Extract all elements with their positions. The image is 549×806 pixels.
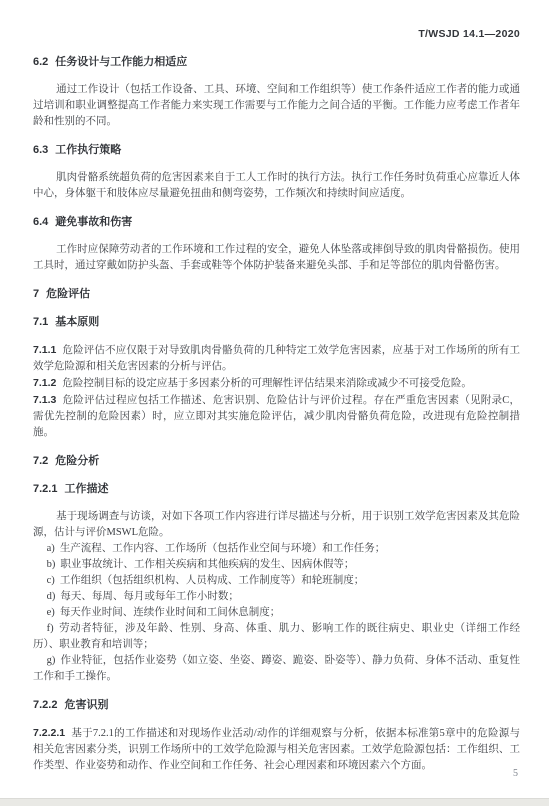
clause-number: 7.1.3 — [33, 394, 56, 406]
section-heading-7-2-2: 7.2.2危害识别 — [33, 697, 520, 713]
list-item-e: e)每天作业时间、连续作业时间和工间休息制度； — [33, 605, 520, 621]
list-item-text: 生产流程、工作内容、工作场所（包括作业空间与环境）和工作任务； — [60, 543, 386, 554]
list-item-text: 作业特征，包括作业姿势（如立姿、坐姿、蹲姿、跪姿、卧姿等）、静力负荷、身体不活动… — [33, 655, 520, 682]
section-number: 7 — [33, 288, 39, 300]
clause-text: 危险控制目标的设定应基于多因素分析的可理解性评估结果来消除或减少不可接受危险。 — [62, 378, 472, 389]
clause-text: 基于7.2.1的工作描述和对现场作业活动/动作的详细观察与分析，依据本标准第5章… — [33, 728, 520, 771]
section-number: 7.2.1 — [33, 483, 57, 495]
section-number: 7.2.2 — [33, 699, 57, 711]
section-title: 危险评估 — [46, 288, 90, 300]
list-item-a: a)生产流程、工作内容、工作场所（包括作业空间与环境）和工作任务； — [33, 541, 520, 557]
list-item-label: f) — [47, 623, 54, 634]
section-number: 7.1 — [33, 316, 48, 328]
section-heading-7-2-1: 7.2.1工作描述 — [33, 481, 520, 497]
section-heading-6-3: 6.3工作执行策略 — [33, 142, 520, 158]
section-heading-6-2: 6.2任务设计与工作能力相适应 — [33, 54, 520, 70]
clause-text: 危险评估不应仅限于对导致肌肉骨骼负荷的几种特定工效学危害因素，应基于对工作场所的… — [33, 345, 520, 372]
list-item-label: b) — [47, 559, 56, 570]
clause-text: 危险评估过程应包括工作描述、危害识别、危险估计与评价过程。存在严重危害因素（见附… — [33, 395, 520, 438]
section-number: 6.4 — [33, 216, 48, 228]
section-heading-7-1: 7.1基本原则 — [33, 314, 520, 330]
list-item-g: g)作业特征，包括作业姿势（如立姿、坐姿、蹲姿、跪姿、卧姿等）、静力负荷、身体不… — [33, 653, 520, 685]
paragraph: 通过工作设计（包括工作设备、工具、环境、空间和工作组织等）使工作条件适应工作者的… — [33, 82, 520, 130]
section-title: 危害识别 — [64, 699, 108, 711]
list-item-text: 劳动者特征，涉及年龄、性别、身高、体重、肌力、影响工作的既往病史、职业史（详细工… — [33, 623, 520, 650]
list-item-f: f)劳动者特征，涉及年龄、性别、身高、体重、肌力、影响工作的既往病史、职业史（详… — [33, 621, 520, 653]
clause-number: 7.2.2.1 — [33, 727, 65, 739]
paragraph: 基于现场调查与访谈，对如下各项工作内容进行详尽描述与分析，用于识别工效学危害因素… — [33, 509, 520, 541]
section-title: 工作执行策略 — [55, 144, 121, 156]
section-title: 工作描述 — [64, 483, 108, 495]
clause-7-1-3: 7.1.3危险评估过程应包括工作描述、危害识别、危险估计与评价过程。存在严重危害… — [33, 392, 520, 441]
list-item-b: b)职业事故统计、工作相关疾病和其他疾病的发生、因病休假等； — [33, 557, 520, 573]
clause-7-2-2-1: 7.2.2.1基于7.2.1的工作描述和对现场作业活动/动作的详细观察与分析，依… — [33, 725, 520, 774]
clause-number: 7.1.2 — [33, 377, 56, 389]
section-number: 7.2 — [33, 455, 48, 467]
chapter-heading-7: 7危险评估 — [33, 286, 520, 302]
list-item-label: d) — [47, 591, 56, 602]
section-heading-6-4: 6.4避免事故和伤害 — [33, 214, 520, 230]
clause-7-1-2: 7.1.2危险控制目标的设定应基于多因素分析的可理解性评估结果来消除或减少不可接… — [33, 375, 520, 392]
list-item-label: e) — [47, 607, 55, 618]
section-number: 6.2 — [33, 56, 48, 68]
page-number: 5 — [513, 766, 518, 782]
clause-number: 7.1.1 — [33, 344, 56, 356]
section-title: 任务设计与工作能力相适应 — [55, 56, 187, 68]
paragraph: 肌肉骨骼系统超负荷的危害因素来自于工人工作时的执行方法。执行工作任务时负荷重心应… — [33, 170, 520, 202]
paragraph: 工作时应保障劳动者的工作环境和工作过程的安全，避免人体坠落或摔倒导致的肌肉骨骼损… — [33, 242, 520, 274]
document-page: T/WSJD 14.1—2020 6.2任务设计与工作能力相适应 通过工作设计（… — [0, 0, 549, 774]
list-item-d: d)每天、每周、每月或每年工作小时数； — [33, 589, 520, 605]
list-item-label: a) — [47, 543, 55, 554]
list-item-text: 工作组织（包括组织机构、人员构成、工作制度等）和轮班制度； — [60, 575, 365, 586]
list-item-c: c)工作组织（包括组织机构、人员构成、工作制度等）和轮班制度； — [33, 573, 520, 589]
page-bottom-edge — [0, 798, 549, 806]
section-title: 基本原则 — [55, 316, 99, 328]
list-item-text: 每天作业时间、连续作业时间和工间休息制度； — [60, 607, 281, 618]
list-item-text: 职业事故统计、工作相关疾病和其他疾病的发生、因病休假等； — [60, 559, 354, 570]
document-code-header: T/WSJD 14.1—2020 — [33, 26, 520, 42]
list-item-label: c) — [47, 575, 55, 586]
section-title: 危险分析 — [55, 455, 99, 467]
list-item-label: g) — [47, 655, 56, 666]
list-item-text: 每天、每周、每月或每年工作小时数； — [60, 591, 239, 602]
section-number: 6.3 — [33, 144, 48, 156]
section-heading-7-2: 7.2危险分析 — [33, 453, 520, 469]
clause-7-1-1: 7.1.1危险评估不应仅限于对导致肌肉骨骼负荷的几种特定工效学危害因素，应基于对… — [33, 342, 520, 375]
section-title: 避免事故和伤害 — [55, 216, 132, 228]
